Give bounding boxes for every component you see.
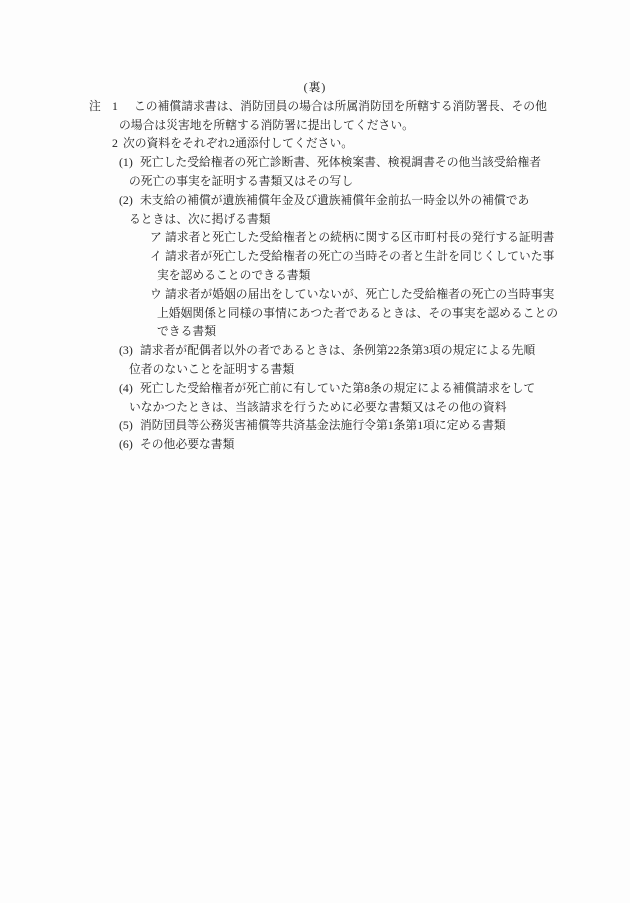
text-line-content: 死亡した受給権者が死亡前に有していた第8条の規定による補償請求をして: [140, 379, 535, 398]
text-line: 実を認めることのできる書類: [0, 266, 630, 285]
text-line-content: 請求者が配偶者以外の者であるときは、条例第22条第3項の規定による先順: [140, 341, 535, 360]
text-line: 注 1 この補償請求書は、消防団員の場合は所属消防団を所轄する消防署長、その他: [0, 97, 630, 116]
subitem-number-i: イ: [150, 247, 162, 266]
note-heading: 注: [89, 97, 101, 116]
text-line: イ 請求者が死亡した受給権者の死亡の当時その者と生計を同じくしていた事: [0, 247, 630, 266]
text-line-content: の場合は災害地を所轄する消防署に提出してください。: [119, 116, 414, 135]
text-line: (5) 消防団員等公務災害補償等共済基金法施行令第1条第1項に定める書類: [0, 416, 630, 435]
text-line-content: 死亡した受給権者の死亡診断書、死体検案書、検視調書その他当該受給権者: [140, 153, 541, 172]
text-line-content: できる書類: [157, 322, 216, 341]
text-line: (6) その他必要な書類: [0, 435, 630, 454]
subitem-number-6: (6): [119, 435, 133, 454]
text-line: (4) 死亡した受給権者が死亡前に有していた第8条の規定による補償請求をして: [0, 379, 630, 398]
text-line-content: の死亡の事実を証明する書類又はその写し: [129, 172, 353, 191]
subitem-number-u: ウ: [150, 285, 162, 304]
text-line: (1) 死亡した受給権者の死亡診断書、死体検案書、検視調書その他当該受給権者: [0, 153, 630, 172]
text-line-content: 次の資料をそれぞれ2通添付してください。: [123, 134, 353, 153]
subitem-number-a: ア: [150, 228, 162, 247]
text-line: ウ 請求者が婚姻の届出をしていないが、死亡した受給権者の死亡の当時事実: [0, 285, 630, 304]
text-line-content: いなかつたときは、当該請求を行うために必要な書類又はその他の資料: [129, 398, 507, 417]
text-line-content: この補償請求書は、消防団員の場合は所属消防団を所轄する消防署長、その他: [134, 97, 547, 116]
text-line-content: 請求者が婚姻の届出をしていないが、死亡した受給権者の死亡の当時事実: [165, 285, 554, 304]
text-line-content: るときは、次に掲げる書類: [129, 210, 271, 229]
text-line: 2 次の資料をそれぞれ2通添付してください。: [0, 134, 630, 153]
subitem-number-3: (3): [119, 341, 133, 360]
text-line-content: 消防団員等公務災害補償等共済基金法施行令第1条第1項に定める書類: [140, 416, 506, 435]
text-line: の場合は災害地を所轄する消防署に提出してください。: [0, 116, 630, 135]
subitem-number-5: (5): [119, 416, 133, 435]
subitem-number-1: (1): [119, 153, 133, 172]
item-number-2: 2: [112, 134, 118, 153]
text-line: いなかつたときは、当該請求を行うために必要な書類又はその他の資料: [0, 398, 630, 417]
text-line: (2) 未支給の補償が遺族補償年金及び遺族補償年金前払一時金以外の補償であ: [0, 191, 630, 210]
text-line-content: 上婚姻関係と同様の事情にあつた者であるときは、その事実を認めることの: [157, 304, 558, 323]
text-line: ア 請求者と死亡した受給権者との続柄に関する区市町村長の発行する証明書: [0, 228, 630, 247]
document-page: (裏) 注 1 この補償請求書は、消防団員の場合は所属消防団を所轄する消防署長、…: [0, 0, 630, 903]
text-line-content: その他必要な書類: [140, 435, 234, 454]
text-line: るときは、次に掲げる書類: [0, 210, 630, 229]
subitem-number-2: (2): [119, 191, 133, 210]
text-line: 上婚姻関係と同様の事情にあつた者であるときは、その事実を認めることの: [0, 304, 630, 323]
text-line: の死亡の事実を証明する書類又はその写し: [0, 172, 630, 191]
text-line: 位者のないことを証明する書類: [0, 360, 630, 379]
page-side-label: (裏): [304, 80, 327, 94]
page-side-title-line: (裏): [0, 78, 630, 97]
text-line-content: 未支給の補償が遺族補償年金及び遺族補償年金前払一時金以外の補償であ: [140, 191, 529, 210]
text-line-content: 実を認めることのできる書類: [157, 266, 310, 285]
text-line: (3) 請求者が配偶者以外の者であるときは、条例第22条第3項の規定による先順: [0, 341, 630, 360]
text-line-content: 請求者と死亡した受給権者との続柄に関する区市町村長の発行する証明書: [165, 228, 554, 247]
text-line-content: 請求者が死亡した受給権者の死亡の当時その者と生計を同じくしていた事: [165, 247, 554, 266]
text-line-content: 位者のないことを証明する書類: [129, 360, 294, 379]
item-number-1: 1: [112, 97, 118, 116]
subitem-number-4: (4): [119, 379, 133, 398]
text-line: できる書類: [0, 322, 630, 341]
